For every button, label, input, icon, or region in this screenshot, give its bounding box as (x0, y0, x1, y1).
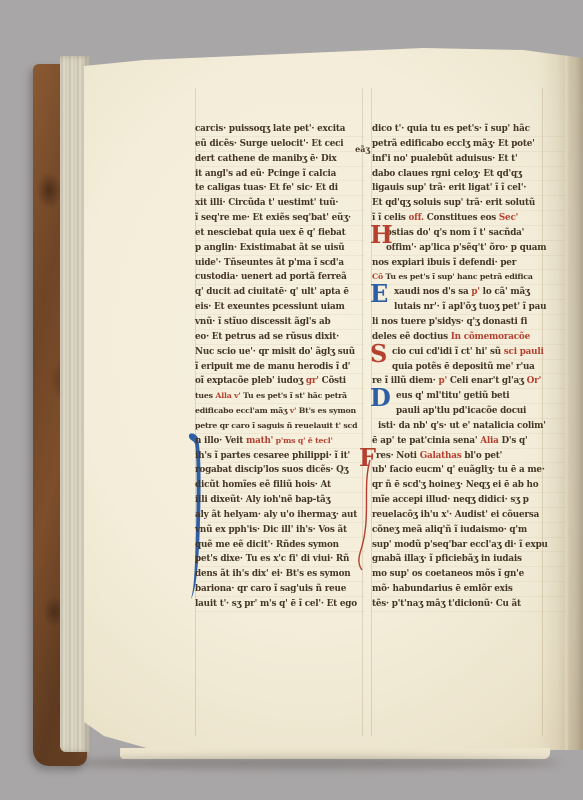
text-line: oĩ exptacõe pleb' iudoʒ gr' Cõsti (195, 374, 365, 389)
ink-text: reuelacõʒ ih'u x'· Audist' ei cõuersa (372, 510, 539, 520)
ink-text: dabo claues rgni celoʒ· Et qd'qʒ (372, 169, 522, 179)
ink-text: dico t'· quia tu es pet's· ĩ sup' hãc (372, 124, 530, 134)
ink-text: eũ dicẽs· Surge uelocit'· Et ceci (195, 139, 343, 149)
ink-text: mĩe accepi illud· neqʒ didici· sʒ p (372, 495, 529, 505)
ink-text: sup' modũ p'seq'bar eccl'aʒ di· ĩ expu (372, 540, 548, 550)
text-line: q' ducit ad ciuitatē· q' ult' apta ē (195, 285, 365, 300)
ink-text: xaudi nos d's sa (394, 287, 471, 297)
ink-text: cio cui cd'idi ĩ ct' hi' sũ (392, 347, 504, 357)
ink-text: Cõsti (319, 376, 346, 386)
ink-text: carcis· puissoqʒ late pet'· excita (195, 124, 345, 134)
ink-text: quẽ me eẽ dicit'· Rñdes symon (195, 540, 339, 550)
ink-text-small: petre qr caro ĩ saguis ñ reuelauit t' sc… (195, 421, 357, 430)
ink-text: mo sup' os coetaneos mõs ĩ gn'e (372, 569, 524, 579)
ink-text: lo cã' mãʒ (480, 287, 530, 297)
ink-text: dicũt homĩes eẽ filiũ hois· At (195, 480, 331, 490)
text-line: et nesciebat quia uex ē q' fiebat (195, 226, 365, 241)
ink-text: it angl's ad eũ· Pcinge ĩ calcia (195, 169, 336, 179)
ink-text: Et qd'qʒ soluis sup' trã· erit solutũ (372, 198, 535, 208)
text-line: te caligas tuas· Et fe' sic· Et di (195, 181, 365, 196)
ink-text: custodia· uenert ad portã ferreã (195, 272, 347, 282)
ink-text: ĩ eripuit me de manu herodis ĩ d' (195, 362, 350, 372)
text-line: ĩ seq're me· Et exiẽs seq'bat' eũʒ· (195, 211, 365, 226)
text-line: ih's ĩ partes cesaree philippi· ĩ it' (195, 449, 365, 464)
ink-text: eis· Et exeuntes pcessiunt uiam (195, 302, 345, 312)
ink-text: res· Noti (376, 451, 420, 461)
ink-text: ub' facio eucm' q' euãgliʒ· tu ē a me· (372, 465, 545, 475)
ink-text: mõ· habundarius ē emlõr exis (372, 584, 513, 594)
ink-text: oĩ exptacõe pleb' iudoʒ (195, 376, 306, 386)
manuscript-photo: eãʒ carcis· puissoqʒ late pet'· excitaeũ… (0, 0, 583, 800)
ink-text: quia potẽs ē depositũ me' r'ua (392, 362, 535, 372)
ink-text: ē ap' te pat'cinia sena' (372, 436, 480, 446)
text-line: custodia· uenert ad portã ferreã (195, 270, 365, 285)
text-line: it angl's ad eũ· Pcinge ĩ calcia (195, 167, 365, 182)
ink-text: petrã edificabo ecclʒ mãʒ· Et pote' (372, 139, 535, 149)
ink-text: dert cathene de manibʒ ē· Dix (195, 154, 337, 164)
text-line: eo· Et petrus ad se rũsus dixit· (195, 330, 365, 345)
manuscript-page: eãʒ carcis· puissoqʒ late pet'· excitaeũ… (84, 48, 583, 750)
ink-text: bariona· qr caro ĩ sag'uis ñ reue (195, 584, 346, 594)
text-line: pet's dixe· Tu es x'c fi' di viui· Rñ (195, 552, 365, 567)
ink-text-small: edificabo eccl'am mãʒ (195, 406, 290, 415)
drop-cap-indent (372, 308, 394, 309)
ink-text: pet's dixe· Tu es x'c fi' di viui· Rñ (195, 554, 349, 564)
text-line: quẽ me eẽ dicit'· Rñdes symon (195, 538, 365, 553)
text-line: Nuc scio ue'· qr misit do' ãglʒ suũ (195, 345, 365, 360)
ink-text: vnũ ex pph'is· Dic ill' ih's· Vos ãt (195, 525, 347, 535)
rubric-text-small: Alla v' (215, 391, 240, 400)
ink-text: lutais nr'· ĩ apl'õʒ tuoʒ pet' ĩ pau (394, 302, 546, 312)
text-line: aly ãt helyam· aly u'o ihermaʒ· aut (195, 508, 365, 523)
ink-text: aly ãt helyam· aly u'o ihermaʒ· aut (195, 510, 357, 520)
text-line: xit illi· Circũda t' uestimt' tuũ· (195, 196, 365, 211)
ink-text: eo· Et petrus ad se rũsus dixit· (195, 332, 339, 342)
ink-text-small: Tu es pet's ĩ sup' hanc petrã edifica (386, 272, 533, 281)
rubric-text: math' (246, 436, 273, 446)
text-line: tues Alla v' Tu es pet's ĩ st' hãc petrã (195, 389, 365, 404)
drop-cap-indent (372, 368, 392, 369)
ink-text: qr ñ ē scd'ʒ hoineʒ· Neqʒ ei ē ab ho (372, 480, 538, 490)
ink-text: q' ducit ad ciuitatē· q' ult' apta ē (195, 287, 349, 297)
ink-text: ih's ĩ partes cesaree philippi· ĩ it' (195, 451, 350, 461)
ink-text: offim'· ap'lica p'sẽq't' õro· p quam (386, 243, 546, 253)
ink-text: pauli ap'tlu pd'icacõe docui (396, 406, 526, 416)
text-line: bariona· qr caro ĩ sag'uis ñ reue (195, 582, 365, 597)
ink-text: rogabat discip'los suos dicẽs· Qʒ (195, 465, 348, 475)
drop-cap-indent (372, 412, 396, 413)
ink-text: Constitues eos (424, 213, 499, 223)
book-cast-shadow (60, 757, 560, 769)
text-line: dert cathene de manibʒ ē· Dix (195, 152, 365, 167)
ink-text: ĩ seq're me· Et exiẽs seq'bat' eũʒ· (195, 213, 351, 223)
ink-text: Nuc scio ue'· qr misit do' ãglʒ suũ (195, 347, 355, 357)
text-line: illi dixeũt· Aly ioh'nẽ bap-tãʒ (195, 493, 365, 508)
text-line: dens ãt ih's dix' ei· Bt's es symon (195, 567, 365, 582)
ink-text: te caligas tuas· Et fe' sic· Et di (195, 183, 338, 193)
text-line: n illo· Veit math' p'ms q' ē tecl' (195, 434, 365, 449)
ink-text-small: Bt's es symon (296, 406, 356, 415)
rubric-text: Galathas (420, 451, 462, 461)
text-line: eis· Et exeuntes pcessiunt uiam (195, 300, 365, 315)
text-line: edificabo eccl'am mãʒ v' Bt's es symon (195, 404, 365, 419)
ink-text: ostias do' q's nom ĩ t' sacñda' (386, 228, 524, 238)
text-line: uide'· Tñseuntes ãt p'ma ĩ scd'a (195, 256, 365, 271)
ink-text: dens ãt ih's dix' ei· Bt's es symon (195, 569, 350, 579)
rubric-text: p' (439, 376, 447, 386)
rubric-text: Sec' (499, 213, 518, 223)
ink-text: illi dixeũt· Aly ioh'nẽ bap-tãʒ (195, 495, 330, 505)
text-column-left: carcis· puissoqʒ late pet'· excitaeũ dic… (195, 122, 365, 612)
ink-text-small: Tu es pet's ĩ st' hãc petrã (241, 391, 347, 400)
rubric-text: p' (471, 287, 479, 297)
rubric-text-small: p'ms q' ē tecl' (273, 436, 333, 445)
ink-text: eus q' ml'titu' getiũ beti (396, 391, 509, 401)
text-line: petre qr caro ĩ saguis ñ reuelauit t' sc… (195, 419, 365, 434)
ink-text: vnũ· ĩ stĩuo discessit ãgl's ab (195, 317, 330, 327)
ink-text: tẽs· p't'naʒ mãʒ t'dicionũ· Cu ãt (372, 599, 521, 609)
ink-text-small: tues (195, 391, 215, 400)
ink-text: n illo· Veit (195, 436, 246, 446)
rubric-text: Alia (480, 436, 498, 446)
ink-text: xit illi· Circũda t' uestimt' tuũ· (195, 198, 338, 208)
ink-text: D's q' (499, 436, 528, 446)
ink-text: lauit t'· sʒ pr' m's q' ē ĩ cel'· Et ego (195, 599, 357, 609)
ink-text: inf'i no' pualebũt aduisus· Et t' (372, 154, 518, 164)
text-line: carcis· puissoqʒ late pet'· excita (195, 122, 365, 137)
rubric-text: gr' (306, 376, 319, 386)
ink-text: Celi enar't gl'aʒ (447, 376, 527, 386)
ink-text: li nos tuere p'sidys· q'ʒ donasti fi (372, 317, 527, 327)
text-line: p anglin· Existimabat ãt se uisũ (195, 241, 365, 256)
text-line: ĩ eripuit me de manu herodis ĩ d' (195, 360, 365, 375)
ink-text: isti· da nb' q's· ut e' natalicia colim' (378, 421, 546, 431)
ink-text: et nesciebat quia uex ē q' fiebat (195, 228, 346, 238)
ink-text: cõneʒ meã aliq'ñ ĩ iudaismo· q'm (372, 525, 527, 535)
rubric-text: In cõmemoracõe (451, 332, 530, 342)
drop-cap-indent (372, 249, 386, 250)
text-line: vnũ· ĩ stĩuo discessit ãgl's ab (195, 315, 365, 330)
gutter-shadow (537, 48, 583, 750)
ink-text: bl'o pet' (461, 451, 502, 461)
ink-text: ligauis sup' trã· erit ligat' ĩ ĩ cel'· (372, 183, 526, 193)
ink-text: gnabã illaʒ· ĩ pficiebãʒ in iudais (372, 554, 522, 564)
ink-text: nos expiari ibuis ĩ defendi· per (372, 258, 516, 268)
ink-text: uide'· Tñseuntes ãt p'ma ĩ scd'a (195, 258, 344, 268)
text-line: eũ dicẽs· Surge uelocit'· Et ceci (195, 137, 365, 152)
text-line: vnũ ex pph'is· Dic ill' ih's· Vos ãt (195, 523, 365, 538)
ink-text: p anglin· Existimabat ãt se uisũ (195, 243, 344, 253)
text-line: rogabat discip'los suos dicẽs· Qʒ (195, 463, 365, 478)
text-line: dicũt homĩes eẽ filiũ hois· At (195, 478, 365, 493)
rubric-text: off. (408, 213, 423, 223)
text-line: lauit t'· sʒ pr' m's q' ē ĩ cel'· Et ego (195, 597, 365, 612)
